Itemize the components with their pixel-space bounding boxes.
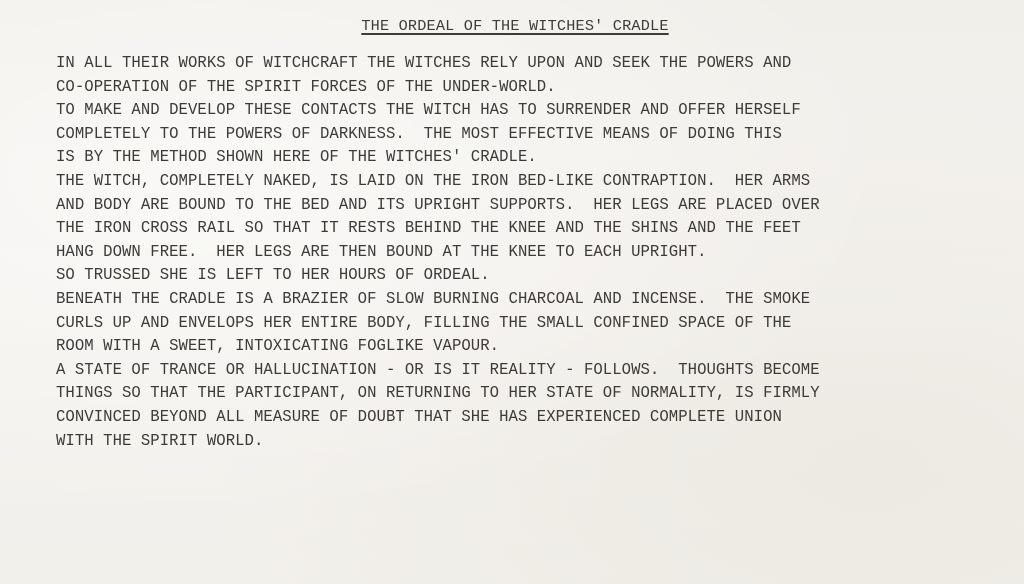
text-line: THE WITCH, COMPLETELY NAKED, IS LAID ON … [56,169,978,193]
text-line: ROOM WITH A SWEET, INTOXICATING FOGLIKE … [56,334,978,358]
text-line: CURLS UP AND ENVELOPS HER ENTIRE BODY, F… [56,311,978,335]
document-title: THE ORDEAL OF THE WITCHES' CRADLE [355,17,668,35]
text-line: BENEATH THE CRADLE IS A BRAZIER OF SLOW … [56,287,978,311]
document-title-wrapper: THE ORDEAL OF THE WITCHES' CRADLE [0,17,1024,35]
text-line: AND BODY ARE BOUND TO THE BED AND ITS UP… [56,193,978,217]
text-line: THE IRON CROSS RAIL SO THAT IT RESTS BEH… [56,216,978,240]
text-line: WITH THE SPIRIT WORLD. [56,429,978,453]
text-line: CONVINCED BEYOND ALL MEASURE OF DOUBT TH… [56,405,978,429]
text-line: COMPLETELY TO THE POWERS OF DARKNESS. TH… [56,122,978,146]
text-line: CO-OPERATION OF THE SPIRIT FORCES OF THE… [56,75,978,99]
text-line: IS BY THE METHOD SHOWN HERE OF THE WITCH… [56,145,978,169]
text-line: THINGS SO THAT THE PARTICIPANT, ON RETUR… [56,381,978,405]
text-line: HANG DOWN FREE. HER LEGS ARE THEN BOUND … [56,240,978,264]
text-line: IN ALL THEIR WORKS OF WITCHCRAFT THE WIT… [56,51,978,75]
text-line: A STATE OF TRANCE OR HALLUCINATION - OR … [56,358,978,382]
text-line: TO MAKE AND DEVELOP THESE CONTACTS THE W… [56,98,978,122]
text-line: SO TRUSSED SHE IS LEFT TO HER HOURS OF O… [56,263,978,287]
document-body: IN ALL THEIR WORKS OF WITCHCRAFT THE WIT… [56,51,1016,452]
typewritten-page: THE ORDEAL OF THE WITCHES' CRADLE IN ALL… [0,0,1024,584]
